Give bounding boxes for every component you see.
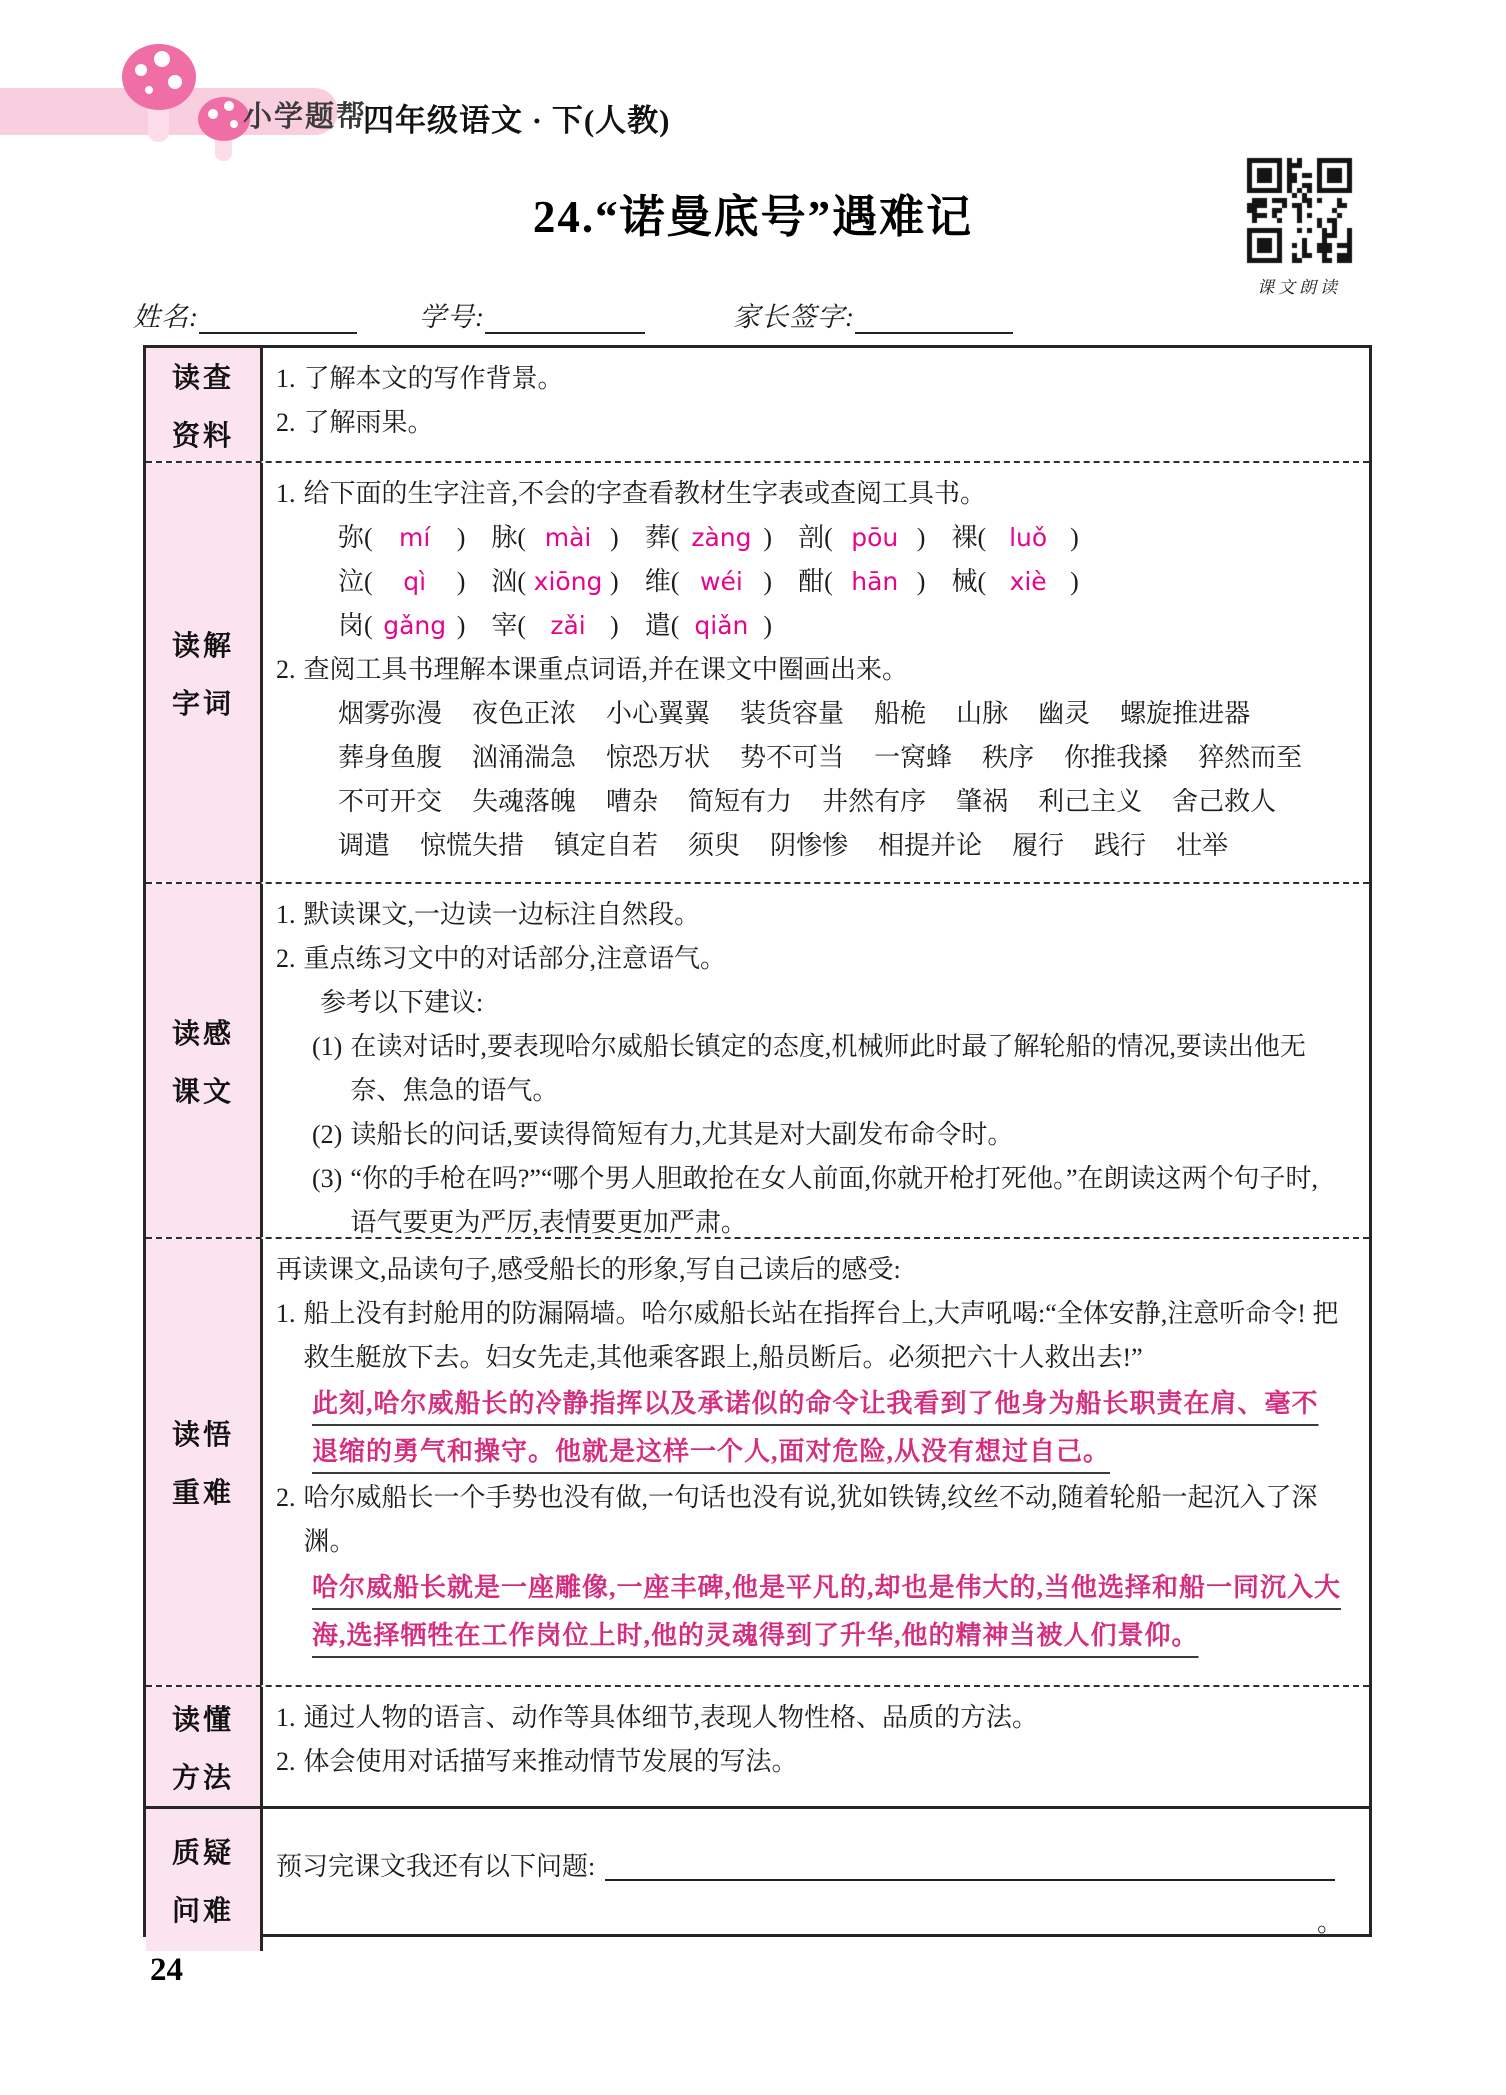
student-info-row: 姓名: 学号: 家长签字:	[133, 295, 1243, 334]
table-row: 读悟重难再读课文,品读句子,感受船长的形象,写自己读后的感受:1.船上没有封舱用…	[146, 1237, 1369, 1685]
vocabulary-word: 猝然而至	[1198, 743, 1302, 772]
line-text: 参考以下建议:	[320, 981, 1343, 1025]
line-text: 了解雨果。	[304, 401, 1344, 445]
table-row: 读懂方法1.通过人物的语言、动作等具体细节,表现人物性格、品质的方法。2.体会使…	[146, 1685, 1369, 1806]
vocabulary-word: 调遣	[338, 831, 390, 860]
write-in-tail: 。	[1317, 1901, 1343, 1945]
write-in-line	[286, 1899, 1309, 1937]
page-number: 24	[150, 1952, 183, 1989]
row-label-line: 读悟	[172, 1413, 234, 1453]
text-line: 2.哈尔威船长一个手势也没有做,一句话也没有说,犹如铁铸,纹丝不动,随着轮船一起…	[276, 1476, 1343, 1564]
line-text: 重点练习文中的对话部分,注意语气。	[304, 937, 1344, 981]
text-line: 2.查阅工具书理解本课重点词语,并在课文中圈画出来。	[276, 648, 1343, 692]
list-marker: (1)	[312, 1025, 342, 1069]
worksheet-page: 小学题帮 四年级语文 · 下(人教) 24.“诺曼底号”遇难记 课文朗读 姓名:…	[0, 0, 1506, 2095]
row-label: 读懂方法	[146, 1687, 263, 1806]
text-line: (3)“你的手枪在吗?”“哪个男人胆敢抢在女人前面,你就开枪打死他。”在朗读这两…	[312, 1157, 1343, 1237]
vocabulary-word: 你推我搡	[1064, 743, 1168, 772]
line-text: 体会使用对话描写来推动情节发展的写法。	[304, 1740, 1344, 1784]
vocabulary-word: 一窝蜂	[874, 743, 952, 772]
pinyin-annotation: hān	[833, 560, 917, 604]
text-line: 再读课文,品读句子,感受船长的形象,写自己读后的感受:	[276, 1248, 1343, 1292]
vocabulary-word: 阴惨惨	[770, 831, 848, 860]
character: 维	[645, 567, 671, 596]
vocabulary-word: 秩序	[982, 743, 1034, 772]
text-line: 参考以下建议:	[312, 981, 1343, 1025]
pinyin-entry: 维(wéi)	[645, 567, 772, 596]
pinyin-line: 岗(gǎng)宰(zǎi)遣(qiǎn)	[338, 604, 1343, 648]
row-label: 质疑问难	[146, 1809, 263, 1951]
qr-code	[1241, 152, 1358, 269]
pinyin-annotation: pōu	[833, 516, 917, 560]
list-marker: (3)	[312, 1157, 342, 1201]
line-text: 哈尔威船长一个手势也没有做,一句话也没有说,犹如铁铸,纹丝不动,随着轮船一起沉入…	[304, 1476, 1344, 1564]
character: 遣	[645, 611, 671, 640]
write-in-row: 预习完课文我还有以下问题:	[276, 1843, 1343, 1889]
vocabulary-word: 舍己救人	[1172, 787, 1276, 816]
list-marker: (2)	[312, 1113, 342, 1157]
vocabulary-word: 履行	[1012, 831, 1064, 860]
handwritten-text: 此刻,哈尔威船长的冷静指挥以及承诺似的命令让我看到了他身为船长职责在肩、毫不退缩…	[312, 1380, 1343, 1476]
vocabulary-word: 壮举	[1176, 831, 1228, 860]
vocabulary-word: 山脉	[956, 699, 1008, 728]
text-line: 1.通过人物的语言、动作等具体细节,表现人物性格、品质的方法。	[276, 1696, 1343, 1740]
handwritten-answer: 此刻,哈尔威船长的冷静指挥以及承诺似的命令让我看到了他身为船长职责在肩、毫不退缩…	[312, 1380, 1343, 1476]
vocabulary-word: 失魂落魄	[472, 787, 576, 816]
pinyin-annotation: xiōng	[526, 560, 610, 604]
table-row: 读感课文1.默读课文,一边读一边标注自然段。2.重点练习文中的对话部分,注意语气…	[146, 882, 1369, 1237]
pinyin-entry: 遣(qiǎn)	[645, 611, 772, 640]
pinyin-entry: 葬(zàng)	[645, 523, 772, 552]
name-label: 姓名:	[133, 295, 199, 334]
vocabulary-word: 螺旋推进器	[1120, 699, 1250, 728]
pinyin-annotation: mài	[526, 516, 610, 560]
vocabulary-word: 利己主义	[1038, 787, 1142, 816]
row-label-line: 方法	[172, 1756, 234, 1796]
vocabulary-word: 嘈杂	[606, 787, 658, 816]
pinyin-annotation: gǎng	[373, 604, 457, 648]
vocabulary-word: 不可开交	[338, 787, 442, 816]
table-row: 质疑问难预习完课文我还有以下问题:。	[146, 1806, 1369, 1951]
student-id-label: 学号:	[419, 295, 485, 334]
row-label-line: 读感	[172, 1012, 234, 1052]
vocabulary-word: 船桅	[874, 699, 926, 728]
pinyin-entry: 裸(luǒ)	[951, 523, 1078, 552]
character: 裸	[951, 523, 977, 552]
vocabulary-word: 夜色正浓	[472, 699, 576, 728]
brand-title: 小学题帮	[243, 94, 367, 135]
list-marker: 1.	[276, 893, 296, 937]
pinyin-annotation: zàng	[679, 516, 763, 560]
list-marker: 1.	[276, 472, 296, 516]
line-text: 读船长的问话,要读得简短有力,尤其是对大副发布命令时。	[350, 1113, 1343, 1157]
text-line: 1.了解本文的写作背景。	[276, 357, 1343, 401]
line-text: “你的手枪在吗?”“哪个男人胆敢抢在女人前面,你就开枪打死他。”在朗读这两个句子…	[350, 1157, 1343, 1237]
row-label-line: 质疑	[172, 1831, 234, 1871]
row-label-line: 重难	[172, 1471, 234, 1511]
row-content: 预习完课文我还有以下问题:。	[263, 1809, 1369, 1951]
character: 岗	[338, 611, 364, 640]
list-marker: 2.	[276, 1740, 296, 1784]
vocabulary-word: 镇定自若	[554, 831, 658, 860]
handwritten-answer: 哈尔威船长就是一座雕像,一座丰碑,他是平凡的,却也是伟大的,当他选择和船一同沉入…	[312, 1564, 1343, 1660]
list-marker: 2.	[276, 401, 296, 445]
text-line: 2.了解雨果。	[276, 401, 1343, 445]
vocabulary-word: 惊恐万状	[606, 743, 710, 772]
vocabulary-word: 践行	[1094, 831, 1146, 860]
parent-sign-label: 家长签字:	[733, 295, 855, 334]
write-in-prompt: 预习完课文我还有以下问题:	[276, 1845, 595, 1889]
vocabulary-word: 惊慌失措	[420, 831, 524, 860]
row-content: 1.了解本文的写作背景。2.了解雨果。	[263, 348, 1369, 461]
row-content: 1.通过人物的语言、动作等具体细节,表现人物性格、品质的方法。2.体会使用对话描…	[263, 1687, 1369, 1806]
row-label: 读解字词	[146, 463, 263, 882]
text-line: 2.重点练习文中的对话部分,注意语气。	[276, 937, 1343, 981]
row-label-line: 问难	[172, 1889, 234, 1929]
word-list-line: 葬身鱼腹汹涌湍急惊恐万状势不可当一窝蜂秩序你推我搡猝然而至	[338, 736, 1343, 780]
vocabulary-word: 葬身鱼腹	[338, 743, 442, 772]
line-text: 查阅工具书理解本课重点词语,并在课文中圈画出来。	[304, 648, 1344, 692]
character: 脉	[491, 523, 517, 552]
list-marker: 1.	[276, 1696, 296, 1740]
text-line: (2)读船长的问话,要读得简短有力,尤其是对大副发布命令时。	[312, 1113, 1343, 1157]
row-label-line: 课文	[172, 1070, 234, 1110]
vocabulary-word: 烟雾弥漫	[338, 699, 442, 728]
line-text: 在读对话时,要表现哈尔威船长镇定的态度,机械师此时最了解轮船的情况,要读出他无奈…	[350, 1025, 1343, 1113]
write-in-row: 。	[276, 1899, 1343, 1945]
row-label: 读查资料	[146, 348, 263, 461]
row-label: 读悟重难	[146, 1239, 263, 1685]
pinyin-entry: 酣(hān)	[798, 567, 925, 596]
handwritten-text: 哈尔威船长就是一座雕像,一座丰碑,他是平凡的,却也是伟大的,当他选择和船一同沉入…	[312, 1564, 1343, 1660]
list-marker: 2.	[276, 1476, 296, 1520]
worksheet-table: 读查资料1.了解本文的写作背景。2.了解雨果。读解字词1.给下面的生字注音,不会…	[143, 345, 1372, 1937]
write-in-line	[605, 1843, 1335, 1881]
pinyin-annotation: wéi	[679, 560, 763, 604]
pinyin-annotation: qì	[373, 560, 457, 604]
vocabulary-word: 井然有序	[822, 787, 926, 816]
vocabulary-word: 肇祸	[956, 787, 1008, 816]
character: 泣	[338, 567, 364, 596]
pinyin-line: 弥(mí)脉(mài)葬(zàng)剖(pōu)裸(luǒ)	[338, 516, 1343, 560]
vocabulary-word: 装货容量	[740, 699, 844, 728]
vocabulary-word: 势不可当	[740, 743, 844, 772]
character: 弥	[338, 523, 364, 552]
pinyin-line: 泣(qì)汹(xiōng)维(wéi)酣(hān)械(xiè)	[338, 560, 1343, 604]
text-line: 1.给下面的生字注音,不会的字查看教材生字表或查阅工具书。	[276, 472, 1343, 516]
pinyin-entry: 岗(gǎng)	[338, 611, 465, 640]
row-content: 再读课文,品读句子,感受船长的形象,写自己读后的感受:1.船上没有封舱用的防漏隔…	[263, 1239, 1369, 1685]
list-marker: 2.	[276, 648, 296, 692]
vocabulary-word: 小心翼翼	[606, 699, 710, 728]
row-label-line: 读懂	[172, 1698, 234, 1738]
text-line: 1.船上没有封舱用的防漏隔墙。哈尔威船长站在指挥台上,大声吼喝:“全体安静,注意…	[276, 1292, 1343, 1380]
pinyin-annotation: luǒ	[986, 516, 1070, 560]
qr-caption: 课文朗读	[1238, 273, 1360, 298]
row-label-line: 资料	[172, 414, 234, 454]
character: 宰	[491, 611, 517, 640]
vocabulary-word: 相提并论	[878, 831, 982, 860]
list-marker: 1.	[276, 357, 296, 401]
pinyin-annotation: zǎi	[526, 604, 610, 648]
mushroom-logo-icon	[118, 42, 258, 167]
pinyin-annotation: xiè	[986, 560, 1070, 604]
pinyin-entry: 汹(xiōng)	[491, 567, 618, 596]
table-row: 读解字词1.给下面的生字注音,不会的字查看教材生字表或查阅工具书。弥(mí)脉(…	[146, 461, 1369, 882]
row-label: 读感课文	[146, 884, 263, 1237]
pinyin-annotation: qiǎn	[679, 604, 763, 648]
line-text: 再读课文,品读句子,感受船长的形象,写自己读后的感受:	[276, 1248, 1343, 1292]
vocabulary-word: 须臾	[688, 831, 740, 860]
qr-block: 课文朗读	[1238, 152, 1360, 298]
parent-sign-blank	[855, 302, 1013, 334]
character: 剖	[798, 523, 824, 552]
edition-label: 四年级语文 · 下(人教)	[363, 95, 670, 140]
line-text: 了解本文的写作背景。	[304, 357, 1344, 401]
row-label-line: 字词	[172, 682, 234, 722]
pinyin-entry: 宰(zǎi)	[491, 611, 618, 640]
student-id-blank	[485, 302, 645, 334]
list-marker: 1.	[276, 1292, 296, 1336]
character: 械	[951, 567, 977, 596]
character: 葬	[645, 523, 671, 552]
vocabulary-word: 简短有力	[688, 787, 792, 816]
text-line: 1.默读课文,一边读一边标注自然段。	[276, 893, 1343, 937]
line-text: 默读课文,一边读一边标注自然段。	[304, 893, 1344, 937]
row-content: 1.默读课文,一边读一边标注自然段。2.重点练习文中的对话部分,注意语气。参考以…	[263, 884, 1369, 1237]
row-label-line: 读查	[172, 356, 234, 396]
character: 酣	[798, 567, 824, 596]
row-content: 1.给下面的生字注音,不会的字查看教材生字表或查阅工具书。弥(mí)脉(mài)…	[263, 463, 1369, 882]
character: 汹	[491, 567, 517, 596]
vocabulary-word: 幽灵	[1038, 699, 1090, 728]
vocabulary-word: 汹涌湍急	[472, 743, 576, 772]
pinyin-entry: 剖(pōu)	[798, 523, 925, 552]
line-text: 给下面的生字注音,不会的字查看教材生字表或查阅工具书。	[304, 472, 1344, 516]
text-line: 2.体会使用对话描写来推动情节发展的写法。	[276, 1740, 1343, 1784]
pinyin-entry: 弥(mí)	[338, 523, 465, 552]
pinyin-entry: 脉(mài)	[491, 523, 618, 552]
line-text: 船上没有封舱用的防漏隔墙。哈尔威船长站在指挥台上,大声吼喝:“全体安静,注意听命…	[304, 1292, 1344, 1380]
list-marker: 2.	[276, 937, 296, 981]
pinyin-annotation: mí	[373, 516, 457, 560]
name-blank	[199, 302, 357, 334]
word-list-line: 调遣惊慌失措镇定自若须臾阴惨惨相提并论履行践行壮举	[338, 824, 1343, 868]
row-label-line: 读解	[172, 624, 234, 664]
word-list-line: 不可开交失魂落魄嘈杂简短有力井然有序肇祸利己主义舍己救人	[338, 780, 1343, 824]
table-row: 读查资料1.了解本文的写作背景。2.了解雨果。	[146, 348, 1369, 461]
line-text: 通过人物的语言、动作等具体细节,表现人物性格、品质的方法。	[304, 1696, 1344, 1740]
text-line: (1)在读对话时,要表现哈尔威船长镇定的态度,机械师此时最了解轮船的情况,要读出…	[312, 1025, 1343, 1113]
pinyin-entry: 泣(qì)	[338, 567, 465, 596]
word-list-line: 烟雾弥漫夜色正浓小心翼翼装货容量船桅山脉幽灵螺旋推进器	[338, 692, 1343, 736]
pinyin-entry: 械(xiè)	[951, 567, 1078, 596]
